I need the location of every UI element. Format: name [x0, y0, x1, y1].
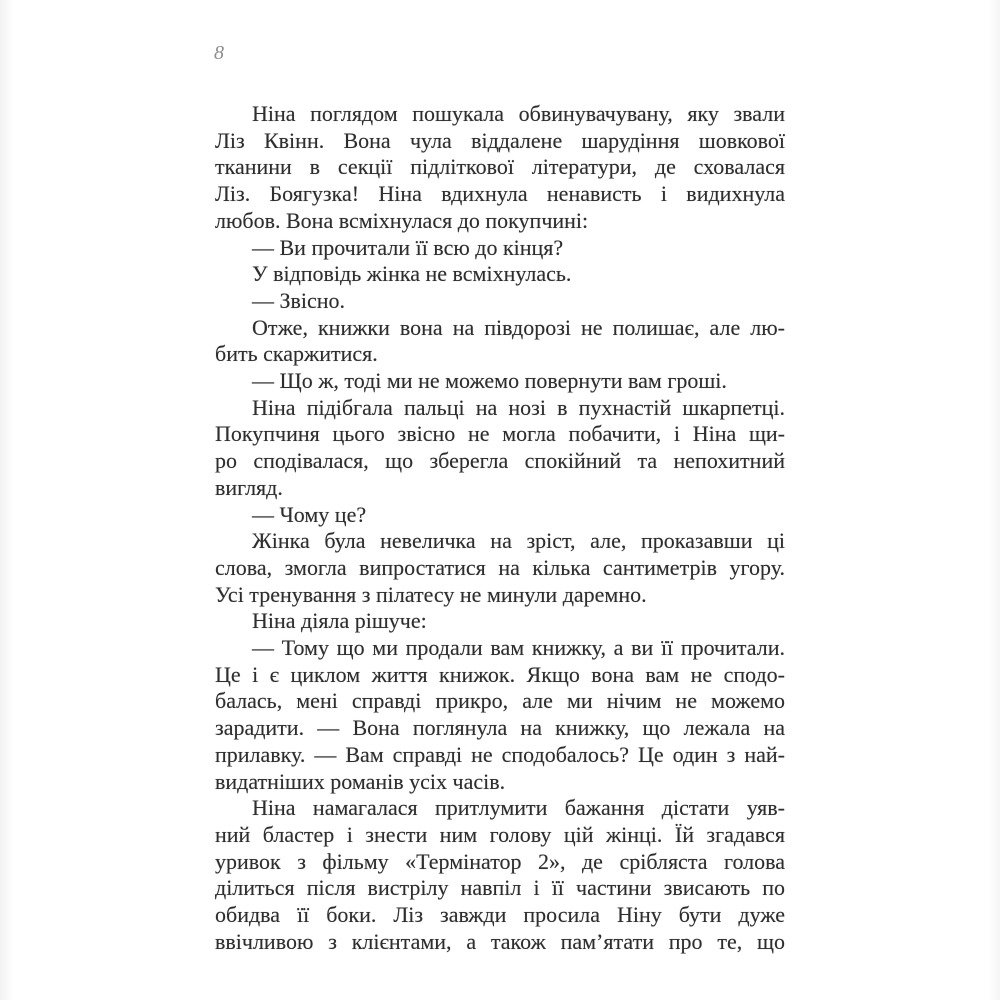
text-line: ввічливою з клієнтами, а також пам’ятати…	[215, 929, 785, 956]
text-line: любов. Вона всміхнулася до покупчині:	[215, 208, 785, 235]
text-line: обидва її боки. Ліз завжди просила Ніну …	[215, 902, 785, 929]
text-line: видатніших романів усіх часів.	[215, 769, 785, 796]
text-line: бить скаржитися.	[215, 341, 785, 368]
text-line: зарадити. — Вона поглянула на книжку, що…	[215, 715, 785, 742]
text-line: Покупчиня цього звісно не могла побачити…	[215, 421, 785, 448]
text-line: Ніна підібгала пальці на нозі в пухнасті…	[215, 395, 785, 422]
text-line: Ліз. Боягузка! Ніна вдихнула ненависть і…	[215, 181, 785, 208]
text-line: Ніна намагалася притлумити бажання діста…	[215, 795, 785, 822]
text-line: — Тому що ми продали вам книжку, а ви її…	[215, 635, 785, 662]
text-line: Це і є циклом життя книжок. Якщо вона ва…	[215, 662, 785, 689]
text-line: — Ви прочитали її всю до кінця?	[215, 235, 785, 262]
text-line: Отже, книжки вона на півдорозі не полиша…	[215, 315, 785, 342]
text-line: — Звісно.	[215, 288, 785, 315]
text-line: ділиться після вистрілу навпіл і її част…	[215, 875, 785, 902]
text-line: уривок з фільму «Термінатор 2», де срібл…	[215, 849, 785, 876]
text-line: — Чому це?	[215, 502, 785, 529]
body-text: Ніна поглядом пошукала обвинувачувану, я…	[215, 101, 785, 956]
book-page: 8 Ніна поглядом пошукала обвинувачувану,…	[0, 0, 1000, 1000]
text-line: слова, змогла випростатися на кілька сан…	[215, 555, 785, 582]
text-line: У відповідь жінка не всміхнулась.	[215, 261, 785, 288]
text-line: вигляд.	[215, 475, 785, 502]
text-line: ро сподівалася, що зберегла спокійний та…	[215, 448, 785, 475]
text-line: Ліз Квінн. Вона чула віддалене шарудіння…	[215, 128, 785, 155]
text-line: — Що ж, тоді ми не можемо повернути вам …	[215, 368, 785, 395]
page-number: 8	[214, 42, 224, 65]
text-line: ний бластер і знести ним голову цій жінц…	[215, 822, 785, 849]
text-line: прилавку. — Вам справді не сподобалось? …	[215, 742, 785, 769]
text-line: Ніна діяла рішуче:	[215, 608, 785, 635]
text-line: Усі тренування з пілатесу не минули даре…	[215, 582, 785, 609]
text-line: Ніна поглядом пошукала обвинувачувану, я…	[215, 101, 785, 128]
text-line: балась, мені справді прикро, але ми нічи…	[215, 688, 785, 715]
text-line: Жінка була невеличка на зріст, але, прок…	[215, 528, 785, 555]
text-line: тканини в секції підліткової літератури,…	[215, 154, 785, 181]
